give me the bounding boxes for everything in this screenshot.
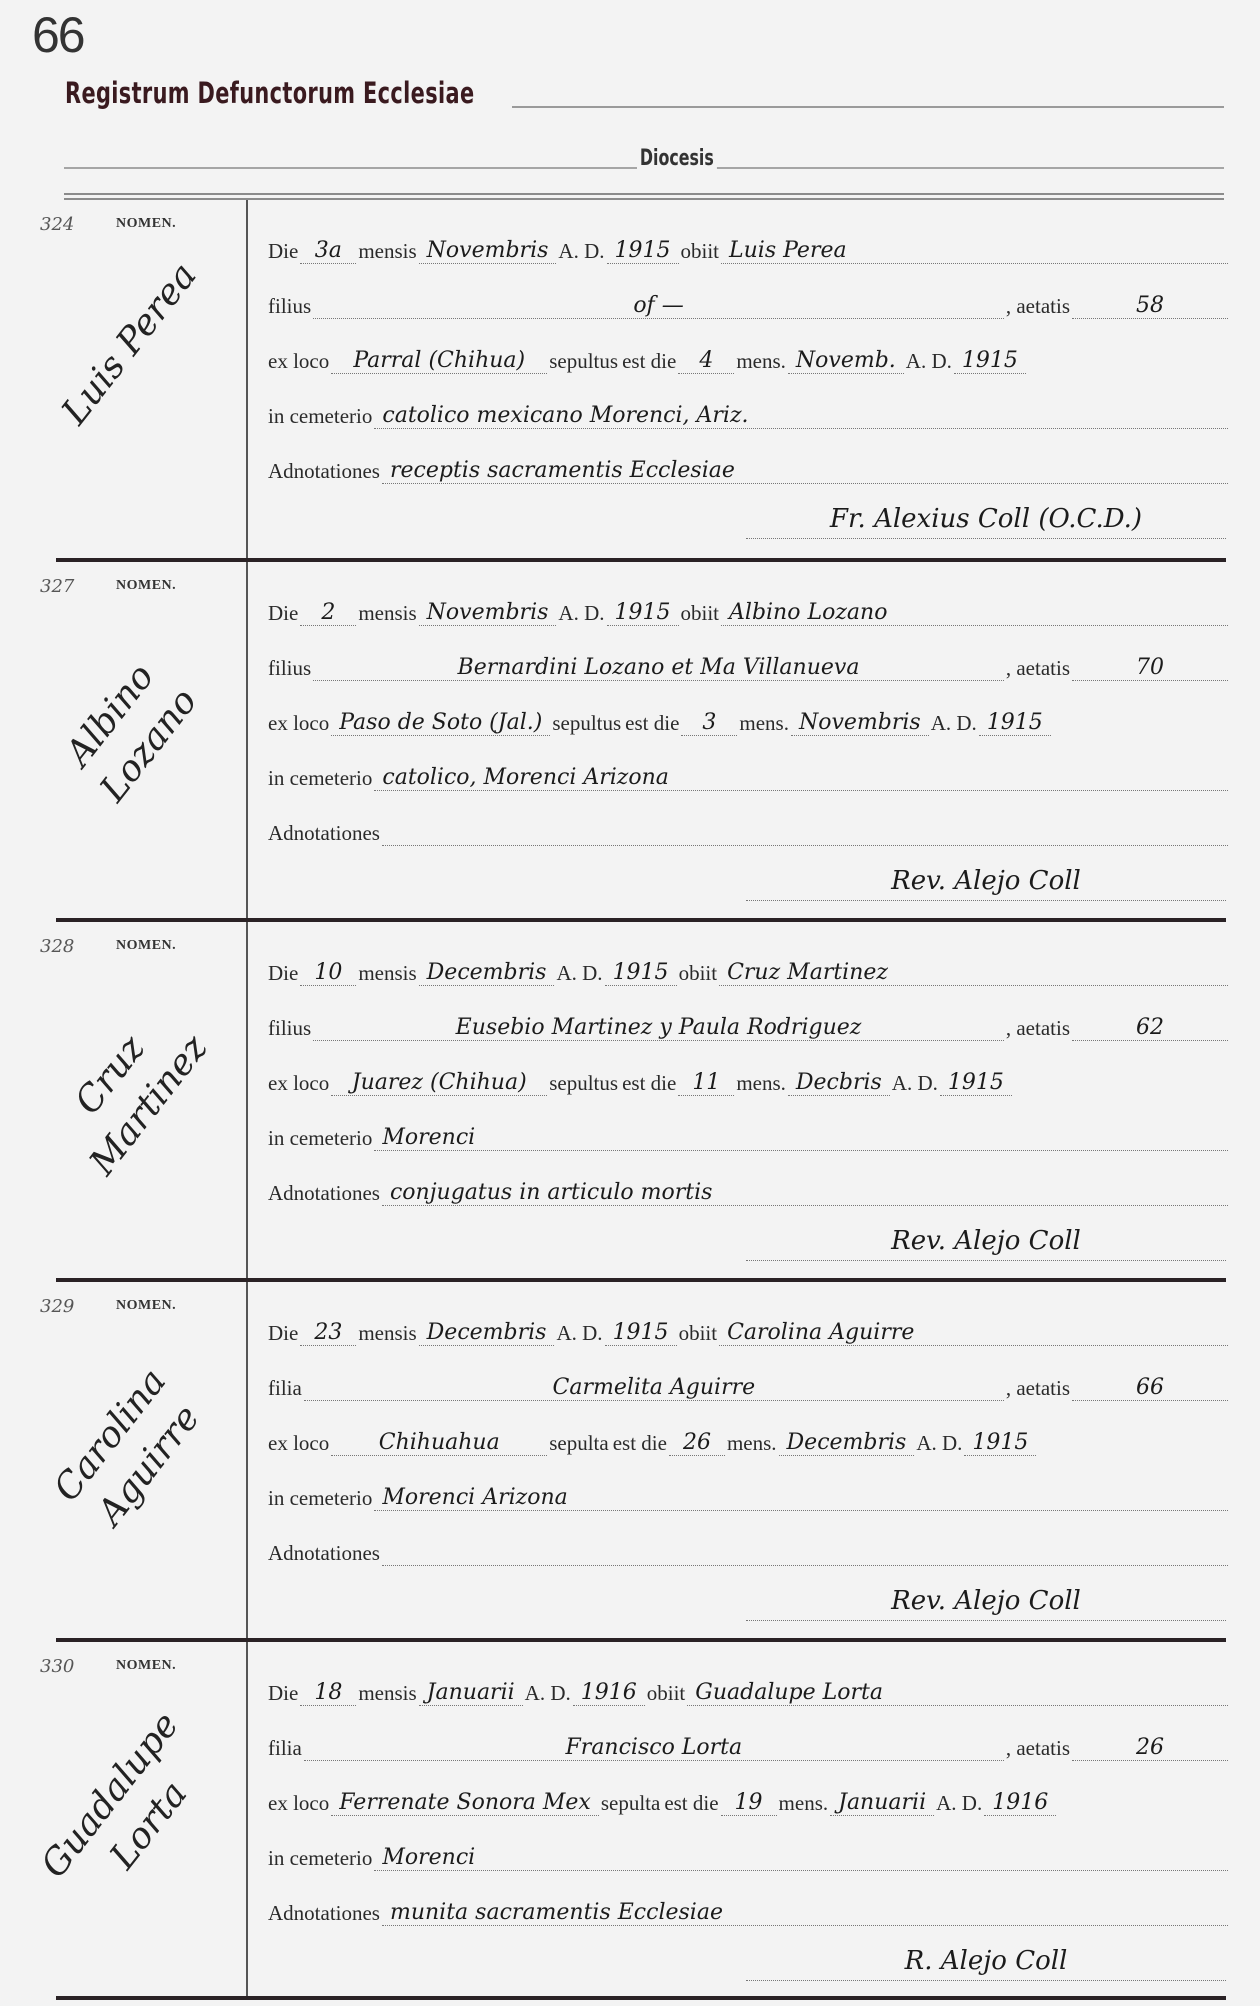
cemetery-line: in cemeterio Morenci Arizona <box>266 1481 1228 1511</box>
age: 26 <box>1072 1735 1228 1761</box>
burial-day: 11 <box>678 1070 734 1096</box>
death-month: Januarii <box>419 1680 523 1706</box>
entry-divider <box>56 1996 1226 2000</box>
parents: Carmelita Aguirre <box>304 1375 1004 1401</box>
burial-day: 26 <box>669 1430 725 1456</box>
place-of-origin: Chihuahua <box>331 1430 547 1456</box>
death-date-line: Die 18 mensis Januarii A. D. 1916 obiit … <box>266 1676 1228 1706</box>
child-label: filia <box>266 1376 304 1401</box>
nomen-label: NOMEN. <box>116 578 176 594</box>
ad-label: A. D. <box>934 1791 984 1816</box>
est-die-label: est die <box>620 349 678 374</box>
burial-year: 1915 <box>954 348 1026 374</box>
aetatis-label: , aetatis <box>1004 656 1072 681</box>
cemetery: Morenci <box>374 1845 1228 1871</box>
ex-loco-label: ex loco <box>266 1791 331 1816</box>
burial-month: Decbris <box>788 1070 890 1096</box>
death-year: 1915 <box>607 600 679 626</box>
death-date-line: Die 2 mensis Novembris A. D. 1915 obiit … <box>266 596 1228 626</box>
ad-label: A. D. <box>904 349 954 374</box>
annotations-line: Adnotationes receptis sacramentis Eccles… <box>266 454 1228 484</box>
annotations-label: Adnotationes <box>266 1901 382 1926</box>
deceased-name: Luis Perea <box>721 238 1228 264</box>
place-of-origin: Parral (Chihua) <box>331 348 547 374</box>
mens-label: mens. <box>734 1071 788 1096</box>
death-day: 18 <box>300 1680 356 1706</box>
annotations-line: Adnotationes <box>266 816 1228 846</box>
obiit-label: obiit <box>645 1681 688 1706</box>
nomen-label: NOMEN. <box>116 938 176 954</box>
priest-signature: Rev. Alejo Coll <box>746 1586 1226 1621</box>
buried-label: sepulta <box>599 1791 662 1816</box>
annotations: munita sacramentis Ecclesiae <box>382 1900 1228 1926</box>
cemetery: catolico mexicano Morenci, Ariz. <box>374 403 1228 429</box>
parents-line: filius of — , aetatis 58 <box>266 289 1228 319</box>
child-label: filius <box>266 1016 313 1041</box>
annotations-label: Adnotationes <box>266 821 382 846</box>
parents: Francisco Lorta <box>304 1735 1004 1761</box>
register-entry: 324 NOMEN. Luis Perea Die 3a mensis Nove… <box>0 200 1260 562</box>
entry-number: 330 <box>40 1656 74 1677</box>
register-entry: 329 NOMEN. Carolina Aguirre Die 23 mensi… <box>0 1282 1260 1642</box>
title-rule <box>512 106 1224 108</box>
annotations-line: Adnotationes munita sacramentis Ecclesia… <box>266 1896 1228 1926</box>
margin-name: Cruz Martinez <box>30 982 230 1199</box>
death-day: 10 <box>300 960 356 986</box>
cemetery-label: in cemeterio <box>266 1126 374 1151</box>
death-day: 3a <box>300 238 356 264</box>
entry-number: 327 <box>40 576 74 597</box>
annotations <box>382 845 1228 846</box>
burial-year: 1915 <box>940 1070 1012 1096</box>
column-divider <box>246 200 248 558</box>
ad-label: A. D. <box>556 601 606 626</box>
deceased-name: Carolina Aguirre <box>719 1320 1228 1346</box>
death-year: 1916 <box>573 1680 645 1706</box>
burial-year: 1915 <box>964 1430 1036 1456</box>
age: 70 <box>1072 655 1228 681</box>
burial-day: 4 <box>678 348 734 374</box>
annotations: conjugatus in articulo mortis <box>382 1180 1228 1206</box>
est-die-label: est die <box>620 1071 678 1096</box>
page-number: 66 <box>32 6 84 64</box>
ad-label: A. D. <box>554 1321 604 1346</box>
cemetery-label: in cemeterio <box>266 1846 374 1871</box>
parents: Eusebio Martinez y Paula Rodriguez <box>313 1015 1004 1041</box>
burial-month: Novemb. <box>788 348 904 374</box>
age: 66 <box>1072 1375 1228 1401</box>
aetatis-label: , aetatis <box>1004 1376 1072 1401</box>
nomen-label: NOMEN. <box>116 1298 176 1314</box>
place-of-origin: Juarez (Chihua) <box>331 1070 547 1096</box>
mensis-label: mensis <box>356 961 418 986</box>
ex-loco-label: ex loco <box>266 1071 331 1096</box>
death-date-line: Die 3a mensis Novembris A. D. 1915 obiit… <box>266 234 1228 264</box>
mensis-label: mensis <box>356 1321 418 1346</box>
buried-label: sepultus <box>547 1071 620 1096</box>
mens-label: mens. <box>777 1791 831 1816</box>
entry-number: 328 <box>40 936 74 957</box>
die-label: Die <box>266 1321 300 1346</box>
age: 58 <box>1072 293 1228 319</box>
nomen-label: NOMEN. <box>116 1658 176 1674</box>
priest-signature: Fr. Alexius Coll (O.C.D.) <box>746 504 1226 539</box>
aetatis-label: , aetatis <box>1004 1016 1072 1041</box>
column-divider <box>246 562 248 918</box>
nomen-label: NOMEN. <box>116 216 176 232</box>
cemetery-line: in cemeterio catolico, Morenci Arizona <box>266 761 1228 791</box>
annotations-label: Adnotationes <box>266 1181 382 1206</box>
est-die-label: est die <box>623 711 681 736</box>
death-year: 1915 <box>605 960 677 986</box>
ex-loco-label: ex loco <box>266 349 331 374</box>
parents-line: filius Eusebio Martinez y Paula Rodrigue… <box>266 1011 1228 1041</box>
priest-signature: R. Alejo Coll <box>746 1946 1226 1981</box>
cemetery-label: in cemeterio <box>266 404 374 429</box>
burial-month: Januarii <box>830 1790 934 1816</box>
obiit-label: obiit <box>679 601 722 626</box>
ad-label: A. D. <box>523 1681 573 1706</box>
die-label: Die <box>266 601 300 626</box>
parents: of — <box>313 293 1004 319</box>
deceased-name: Cruz Martinez <box>719 960 1228 986</box>
mens-label: mens. <box>734 349 788 374</box>
cemetery: Morenci Arizona <box>374 1485 1228 1511</box>
parents: Bernardini Lozano et Ma Villanueva <box>313 655 1004 681</box>
origin-burial-line: ex loco Ferrenate Sonora Mex sepulta est… <box>266 1786 1228 1816</box>
place-of-origin: Ferrenate Sonora Mex <box>331 1790 599 1816</box>
annotations-line: Adnotationes <box>266 1536 1228 1566</box>
parents-line: filius Bernardini Lozano et Ma Villanuev… <box>266 651 1228 681</box>
diocesis-label: Diocesis <box>637 146 717 171</box>
annotations <box>382 1565 1228 1566</box>
origin-burial-line: ex loco Chihuahua sepulta est die 26 men… <box>266 1426 1228 1456</box>
child-label: filia <box>266 1736 304 1761</box>
parents-line: filia Francisco Lorta , aetatis 26 <box>266 1731 1228 1761</box>
die-label: Die <box>266 239 300 264</box>
death-month: Novembris <box>419 238 557 264</box>
deceased-name: Guadalupe Lorta <box>687 1680 1228 1706</box>
obiit-label: obiit <box>677 1321 720 1346</box>
cemetery-line: in cemeterio Morenci <box>266 1841 1228 1871</box>
buried-label: sepulta <box>547 1431 610 1456</box>
burial-day: 19 <box>721 1790 777 1816</box>
margin-name: Guadalupe Lorta <box>30 1702 230 1919</box>
ad-label: A. D. <box>554 961 604 986</box>
cemetery: Morenci <box>374 1125 1228 1151</box>
mensis-label: mensis <box>356 239 418 264</box>
death-year: 1915 <box>607 238 679 264</box>
burial-year: 1916 <box>984 1790 1056 1816</box>
priest-signature: Rev. Alejo Coll <box>746 1226 1226 1261</box>
place-of-origin: Paso de Soto (Jal.) <box>331 710 550 736</box>
burial-year: 1915 <box>979 710 1051 736</box>
register-title: Registrum Defunctorum Ecclesiae <box>65 76 474 110</box>
annotations-label: Adnotationes <box>266 1541 382 1566</box>
origin-burial-line: ex loco Parral (Chihua) sepultus est die… <box>266 344 1228 374</box>
ad-label: A. D. <box>914 1431 964 1456</box>
margin-name: Luis Perea <box>49 251 210 439</box>
origin-burial-line: ex loco Juarez (Chihua) sepultus est die… <box>266 1066 1228 1096</box>
burial-month: Novembris <box>791 710 929 736</box>
age: 62 <box>1072 1015 1228 1041</box>
mens-label: mens. <box>725 1431 779 1456</box>
cemetery-label: in cemeterio <box>266 1486 374 1511</box>
margin-name: Carolina Aguirre <box>30 1342 230 1559</box>
cemetery: catolico, Morenci Arizona <box>374 765 1228 791</box>
cemetery-label: in cemeterio <box>266 766 374 791</box>
buried-label: sepultus <box>547 349 620 374</box>
obiit-label: obiit <box>677 961 720 986</box>
mensis-label: mensis <box>356 1681 418 1706</box>
priest-signature: Rev. Alejo Coll <box>746 866 1226 901</box>
column-divider <box>246 1282 248 1638</box>
cemetery-line: in cemeterio catolico mexicano Morenci, … <box>266 399 1228 429</box>
child-label: filius <box>266 294 313 319</box>
obiit-label: obiit <box>679 239 722 264</box>
ad-label: A. D. <box>890 1071 940 1096</box>
buried-label: sepultus <box>550 711 623 736</box>
death-month: Novembris <box>419 600 557 626</box>
register-entry: 330 NOMEN. Guadalupe Lorta Die 18 mensis… <box>0 1642 1260 2000</box>
header-divider <box>64 193 1224 200</box>
register-entry: 327 NOMEN. Albino Lozano Die 2 mensis No… <box>0 562 1260 922</box>
death-date-line: Die 23 mensis Decembris A. D. 1915 obiit… <box>266 1316 1228 1346</box>
child-label: filius <box>266 656 313 681</box>
burial-month: Decembris <box>779 1430 915 1456</box>
origin-burial-line: ex loco Paso de Soto (Jal.) sepultus est… <box>266 706 1228 736</box>
die-label: Die <box>266 961 300 986</box>
aetatis-label: , aetatis <box>1004 294 1072 319</box>
ad-label: A. D. <box>929 711 979 736</box>
annotations-line: Adnotationes conjugatus in articulo mort… <box>266 1176 1228 1206</box>
death-date-line: Die 10 mensis Decembris A. D. 1915 obiit… <box>266 956 1228 986</box>
entry-number: 324 <box>40 214 74 235</box>
est-die-label: est die <box>662 1791 720 1816</box>
death-day: 2 <box>300 600 356 626</box>
death-year: 1915 <box>605 1320 677 1346</box>
ex-loco-label: ex loco <box>266 1431 331 1456</box>
deceased-name: Albino Lozano <box>721 600 1228 626</box>
annotations: receptis sacramentis Ecclesiae <box>382 458 1228 484</box>
est-die-label: est die <box>611 1431 669 1456</box>
die-label: Die <box>266 1681 300 1706</box>
ex-loco-label: ex loco <box>266 711 331 736</box>
annotations-label: Adnotationes <box>266 459 382 484</box>
cemetery-line: in cemeterio Morenci <box>266 1121 1228 1151</box>
ad-label: A. D. <box>556 239 606 264</box>
column-divider <box>246 1642 248 1996</box>
death-month: Decembris <box>419 1320 555 1346</box>
margin-name: Albino Lozano <box>30 622 230 839</box>
burial-day: 3 <box>681 710 737 736</box>
mensis-label: mensis <box>356 601 418 626</box>
death-month: Decembris <box>419 960 555 986</box>
aetatis-label: , aetatis <box>1004 1736 1072 1761</box>
entry-number: 329 <box>40 1296 74 1317</box>
mens-label: mens. <box>737 711 791 736</box>
death-day: 23 <box>300 1320 356 1346</box>
parents-line: filia Carmelita Aguirre , aetatis 66 <box>266 1371 1228 1401</box>
column-divider <box>246 922 248 1278</box>
register-entry: 328 NOMEN. Cruz Martinez Die 10 mensis D… <box>0 922 1260 1282</box>
